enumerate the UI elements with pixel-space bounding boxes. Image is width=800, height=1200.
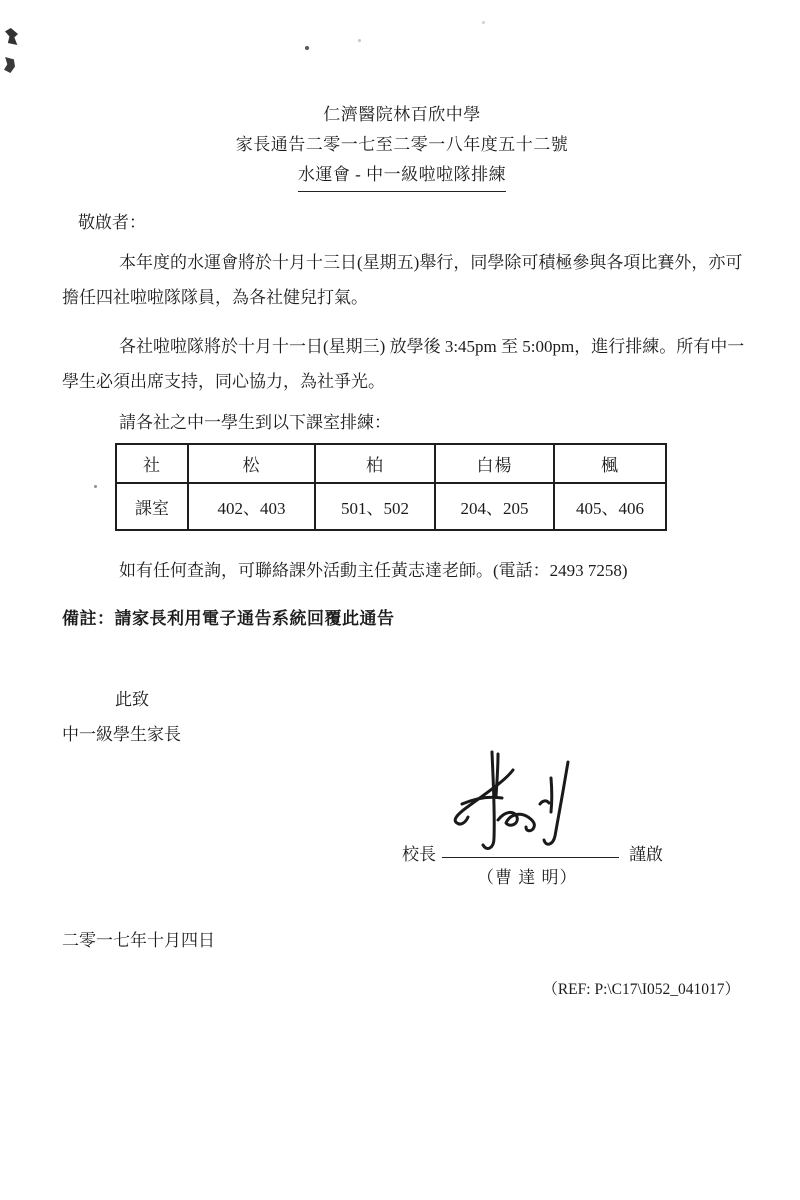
notice-header: 仁濟醫院林百欣中學 家長通告二零一七至二零一八年度五十二號 水運會 - 中一級啦… xyxy=(62,100,742,192)
notice-date: 二零一七年十月四日 xyxy=(62,926,215,951)
table-cell-rooms: 405、406 xyxy=(554,483,666,530)
contact-line: 如有任何查詢，可聯絡課外活動主任黃志達老師。(電話：2493 7258) xyxy=(62,553,742,588)
file-reference: （REF: P:\C17\I052_041017） xyxy=(542,977,740,999)
paragraph-event-intro: 本年度的水運會將於十月十三日(星期五)舉行，同學除可積極參與各項比賽外，亦可 擔… xyxy=(62,245,742,315)
respectfully-label: 謹啟 xyxy=(629,840,663,865)
notice-number: 家長通告二零一七至二零一八年度五十二號 xyxy=(62,130,742,160)
principal-label: 校長 xyxy=(402,840,436,865)
notice-subject: 水運會 - 中一級啦啦隊排練 xyxy=(62,160,742,192)
paragraph-line: 請各社之中一學生到以下課室排練： xyxy=(62,405,742,440)
scanned-notice-page: 仁濟醫院林百欣中學 家長通告二零一七至二零一八年度五十二號 水運會 - 中一級啦… xyxy=(0,0,800,1200)
paragraph-line: 擔任四社啦啦隊隊員，為各社健兒打氣。 xyxy=(62,280,742,315)
table-row-label: 課室 xyxy=(116,483,188,530)
table-header-cypress: 柏 xyxy=(315,444,435,483)
notice-subject-text: 水運會 - 中一級啦啦隊排練 xyxy=(298,160,506,192)
paragraph-classroom-instruction: 請各社之中一學生到以下課室排練： xyxy=(62,405,742,440)
rehearsal-classroom-table: 社 松 柏 白楊 楓 課室 402、403 501、502 204、205 40… xyxy=(115,443,667,531)
table-cell-rooms: 204、205 xyxy=(435,483,554,530)
paragraph-line: 學生必須出席支持，同心協力，為社爭光。 xyxy=(62,364,742,399)
contact-info: 如有任何查詢，可聯絡課外活動主任黃志達老師。(電話：2493 7258) xyxy=(62,553,742,588)
table-cell-rooms: 402、403 xyxy=(188,483,315,530)
principal-name: （曹 達 明） xyxy=(477,863,578,888)
salutation: 敬啟者： xyxy=(62,205,742,240)
table-data-row: 課室 402、403 501、502 204、205 405、406 xyxy=(116,483,666,530)
recipient-line: 中一級學生家長 xyxy=(62,717,742,752)
signature-scribble xyxy=(448,744,583,862)
table-header-row: 社 松 柏 白楊 楓 xyxy=(116,444,666,483)
table-cell-rooms: 501、502 xyxy=(315,483,435,530)
paragraph-line: 本年度的水運會將於十月十三日(星期五)舉行，同學除可積極參與各項比賽外，亦可 xyxy=(62,245,742,280)
table-header-poplar: 白楊 xyxy=(435,444,554,483)
paragraph-rehearsal-schedule: 各社啦啦隊將於十月十一日(星期三) 放學後 3:45pm 至 5:00pm，進行… xyxy=(62,329,742,399)
valediction: 此致 xyxy=(62,682,742,717)
table-header-house: 社 xyxy=(116,444,188,483)
paragraph-line: 各社啦啦隊將於十月十一日(星期三) 放學後 3:45pm 至 5:00pm，進行… xyxy=(62,329,742,364)
remark-note: 備註：請家長利用電子通告系統回覆此通告 xyxy=(62,601,742,636)
notice-content: 仁濟醫院林百欣中學 家長通告二零一七至二零一八年度五十二號 水運會 - 中一級啦… xyxy=(0,0,800,1200)
school-name: 仁濟醫院林百欣中學 xyxy=(62,100,742,130)
table-header-maple: 楓 xyxy=(554,444,666,483)
table-header-pine: 松 xyxy=(188,444,315,483)
